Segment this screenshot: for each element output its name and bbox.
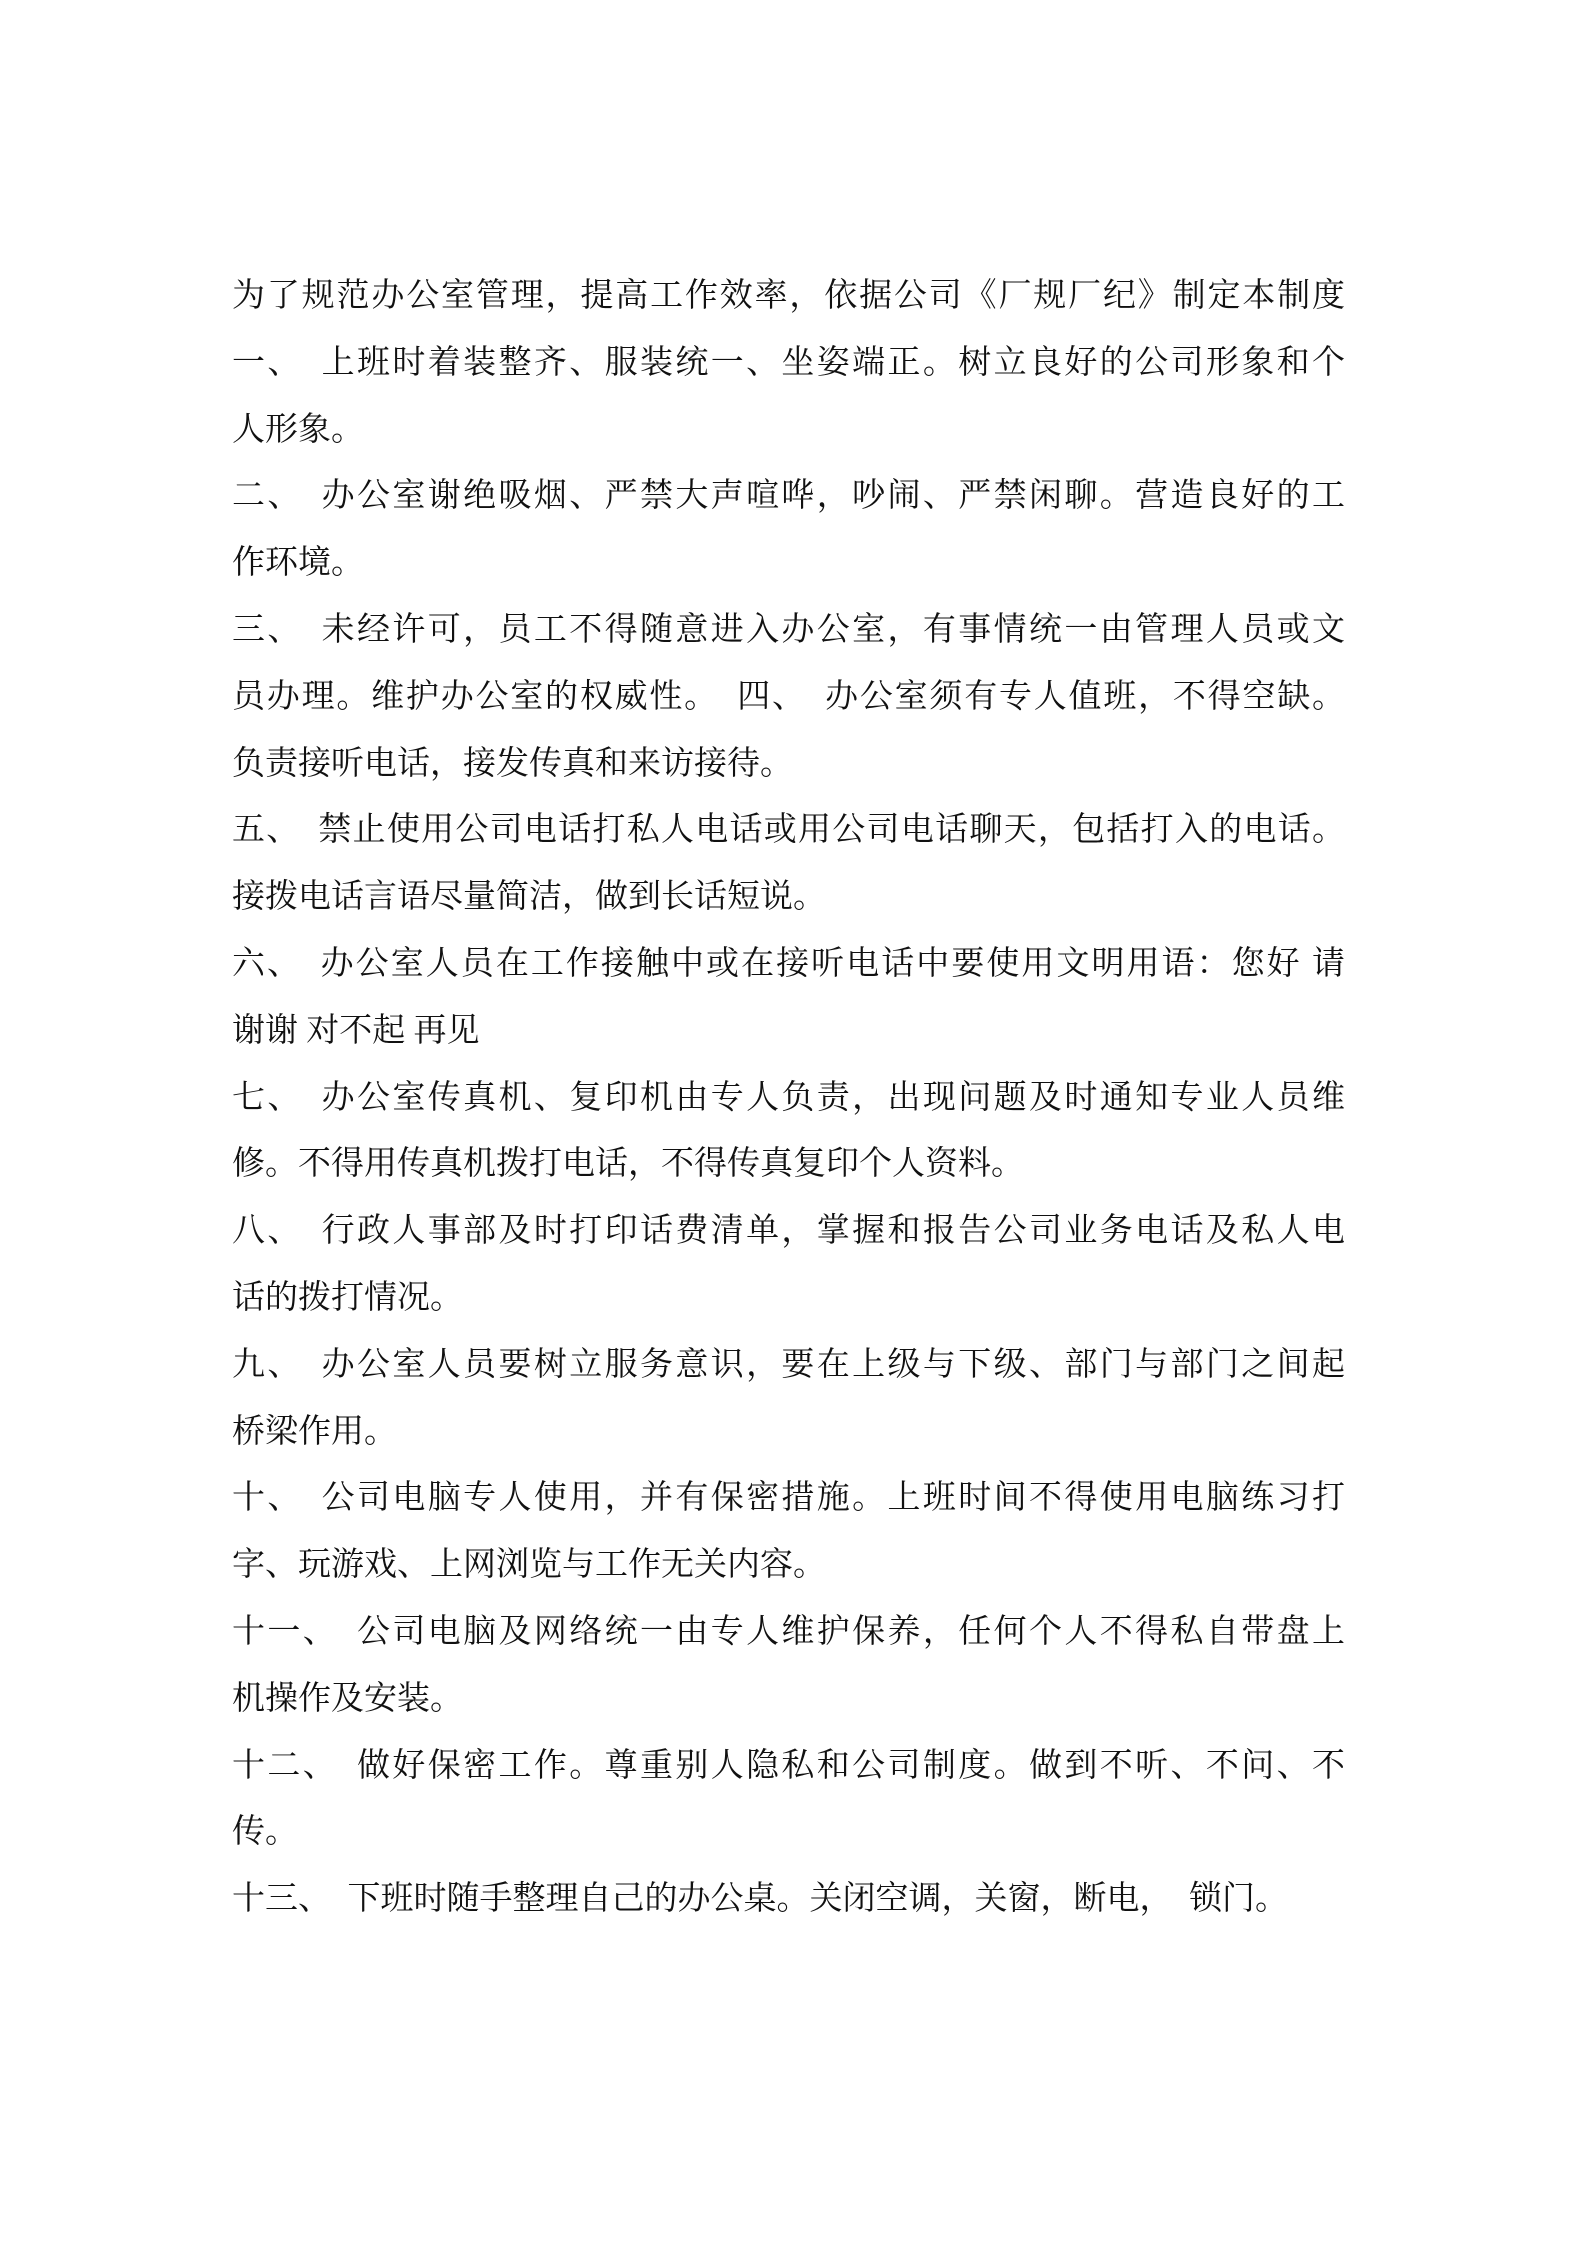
- text-block: 为了规范办公室管理，提高工作效率，依据公司《厂规厂纪》制定本制度一、 上班时着装…: [232, 263, 1345, 1933]
- text-line: 十一、 公司电脑及网络统一由专人维护保养，任何个人不得私自带盘上: [232, 1599, 1345, 1666]
- text-line: 负责接听电话，接发传真和来访接待。: [232, 731, 1345, 798]
- text-line: 员办理。维护办公室的权威性。 四、 办公室须有专人值班，不得空缺。: [232, 664, 1345, 731]
- text-line: 传。: [232, 1799, 1345, 1866]
- text-line: 二、 办公室谢绝吸烟、严禁大声喧哗，吵闹、严禁闲聊。营造良好的工: [232, 463, 1345, 530]
- text-line: 机操作及安装。: [232, 1666, 1345, 1733]
- text-line: 人形象。: [232, 397, 1345, 464]
- text-line: 九、 办公室人员要树立服务意识，要在上级与下级、部门与部门之间起: [232, 1332, 1345, 1399]
- text-line: 为了规范办公室管理，提高工作效率，依据公司《厂规厂纪》制定本制度: [232, 263, 1345, 330]
- text-line: 桥梁作用。: [232, 1399, 1345, 1466]
- text-line: 字、玩游戏、上网浏览与工作无关内容。: [232, 1532, 1345, 1599]
- text-line: 八、 行政人事部及时打印话费清单，掌握和报告公司业务电话及私人电: [232, 1198, 1345, 1265]
- document-page: 为了规范办公室管理，提高工作效率，依据公司《厂规厂纪》制定本制度一、 上班时着装…: [0, 0, 1587, 2245]
- text-line: 谢谢 对不起 再见: [232, 998, 1345, 1065]
- text-line: 作环境。: [232, 530, 1345, 597]
- text-line: 十、 公司电脑专人使用，并有保密措施。上班时间不得使用电脑练习打: [232, 1465, 1345, 1532]
- text-line: 三、 未经许可，员工不得随意进入办公室，有事情统一由管理人员或文: [232, 597, 1345, 664]
- text-line: 修。不得用传真机拨打电话，不得传真复印个人资料。: [232, 1131, 1345, 1198]
- text-line: 五、 禁止使用公司电话打私人电话或用公司电话聊天，包括打入的电话。: [232, 797, 1345, 864]
- text-line: 一、 上班时着装整齐、服装统一、坐姿端正。树立良好的公司形象和个: [232, 330, 1345, 397]
- text-line: 接拨电话言语尽量简洁，做到长话短说。: [232, 864, 1345, 931]
- text-line: 十三、 下班时随手整理自己的办公桌。关闭空调，关窗，断电， 锁门。: [232, 1866, 1345, 1933]
- text-line: 十二、 做好保密工作。尊重别人隐私和公司制度。做到不听、不问、不: [232, 1733, 1345, 1800]
- text-line: 话的拨打情况。: [232, 1265, 1345, 1332]
- text-line: 七、 办公室传真机、复印机由专人负责，出现问题及时通知专业人员维: [232, 1065, 1345, 1132]
- text-line: 六、 办公室人员在工作接触中或在接听电话中要使用文明用语：您好 请: [232, 931, 1345, 998]
